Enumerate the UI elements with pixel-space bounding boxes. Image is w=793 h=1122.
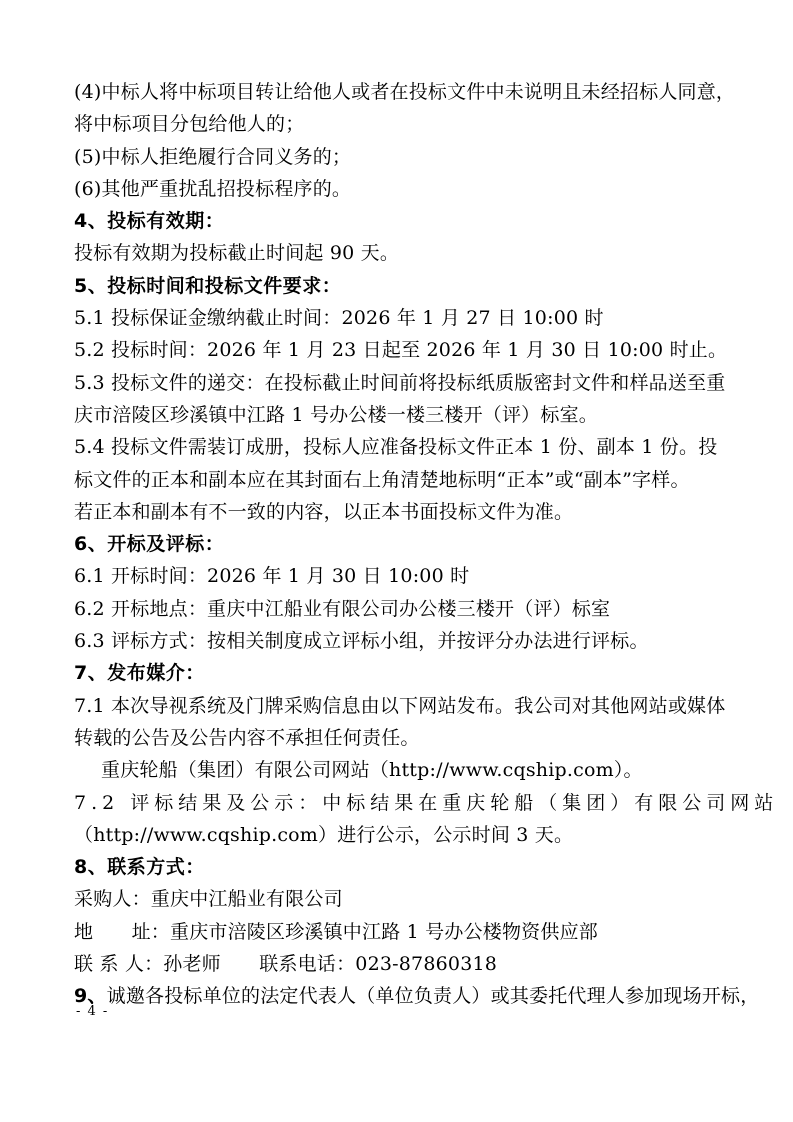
heading-opening-evaluation: 6、开标及评标： [74,528,722,560]
document-page: (4)中标人将中标项目转让给他人或者在投标文件中未说明且未经招标人同意， 将中标… [0,0,793,1122]
paragraph-7-2: 7.2 评标结果及公示：中标结果在重庆轮船（集团）有限公司网站 [74,787,722,819]
heading-bid-time-requirements: 5、投标时间和投标文件要求： [74,270,722,302]
page-number: - 4 - [76,1004,109,1020]
paragraph-5-4-cont1: 标文件的正本和副本应在其封面右上角清楚地标明“正本”或“副本”字样。 [74,464,722,496]
paragraph-7-2-cont: （http://www.cqship.com）进行公示，公示时间 3 天。 [74,819,722,851]
paragraph-6-1: 6.1 开标时间：2026 年 1 月 30 日 10:00 时 [74,560,722,592]
paragraph-clause-9-text: 诚邀各投标单位的法定代表人（单位负责人）或其委托代理人参加现场开标， [107,985,760,1007]
heading-contact-info: 8、联系方式： [74,851,722,883]
paragraph-contact-person: 联 系 人：孙老师 联系电话：023-87860318 [74,948,722,980]
paragraph-bid-validity: 投标有效期为投标截止时间起 90 天。 [74,237,722,269]
paragraph-website: 重庆轮船（集团）有限公司网站（http://www.cqship.com）。 [74,754,722,786]
paragraph-7-1: 7.1 本次导视系统及门牌采购信息由以下网站发布。我公司对其他网站或媒体 [74,690,722,722]
heading-bid-validity: 4、投标有效期： [74,205,722,237]
paragraph-6-2: 6.2 开标地点：重庆中江船业有限公司办公楼三楼开（评）标室 [74,593,722,625]
paragraph-5-1: 5.1 投标保证金缴纳截止时间：2026 年 1 月 27 日 10:00 时 [74,302,722,334]
paragraph-clause-6: (6)其他严重扰乱招投标程序的。 [74,173,722,205]
paragraph-address: 地 址：重庆市涪陵区珍溪镇中江路 1 号办公楼物资供应部 [74,916,722,948]
paragraph-5-4: 5.4 投标文件需装订成册，投标人应准备投标文件正本 1 份、副本 1 份。投 [74,431,722,463]
paragraph-6-3: 6.3 评标方式：按相关制度成立评标小组，并按评分办法进行评标。 [74,625,722,657]
paragraph-5-3-cont: 庆市涪陵区珍溪镇中江路 1 号办公楼一楼三楼开（评）标室。 [74,399,722,431]
document-body: (4)中标人将中标项目转让给他人或者在投标文件中未说明且未经招标人同意， 将中标… [74,76,722,1013]
paragraph-purchaser: 采购人：重庆中江船业有限公司 [74,883,722,915]
paragraph-clause-4-cont: 将中标项目分包给他人的； [74,108,722,140]
heading-publication-media: 7、发布媒介： [74,657,722,689]
paragraph-clause-5: (5)中标人拒绝履行合同义务的； [74,141,722,173]
paragraph-5-4-cont2: 若正本和副本有不一致的内容，以正本书面投标文件为准。 [74,496,722,528]
paragraph-5-2: 5.2 投标时间：2026 年 1 月 23 日起至 2026 年 1 月 30… [74,334,722,366]
paragraph-clause-4: (4)中标人将中标项目转让给他人或者在投标文件中未说明且未经招标人同意， [74,76,722,108]
paragraph-7-1-cont: 转载的公告及公告内容不承担任何责任。 [74,722,722,754]
paragraph-5-3: 5.3 投标文件的递交：在投标截止时间前将投标纸质版密封文件和样品送至重 [74,367,722,399]
paragraph-clause-9: 9、诚邀各投标单位的法定代表人（单位负责人）或其委托代理人参加现场开标， [74,980,722,1012]
